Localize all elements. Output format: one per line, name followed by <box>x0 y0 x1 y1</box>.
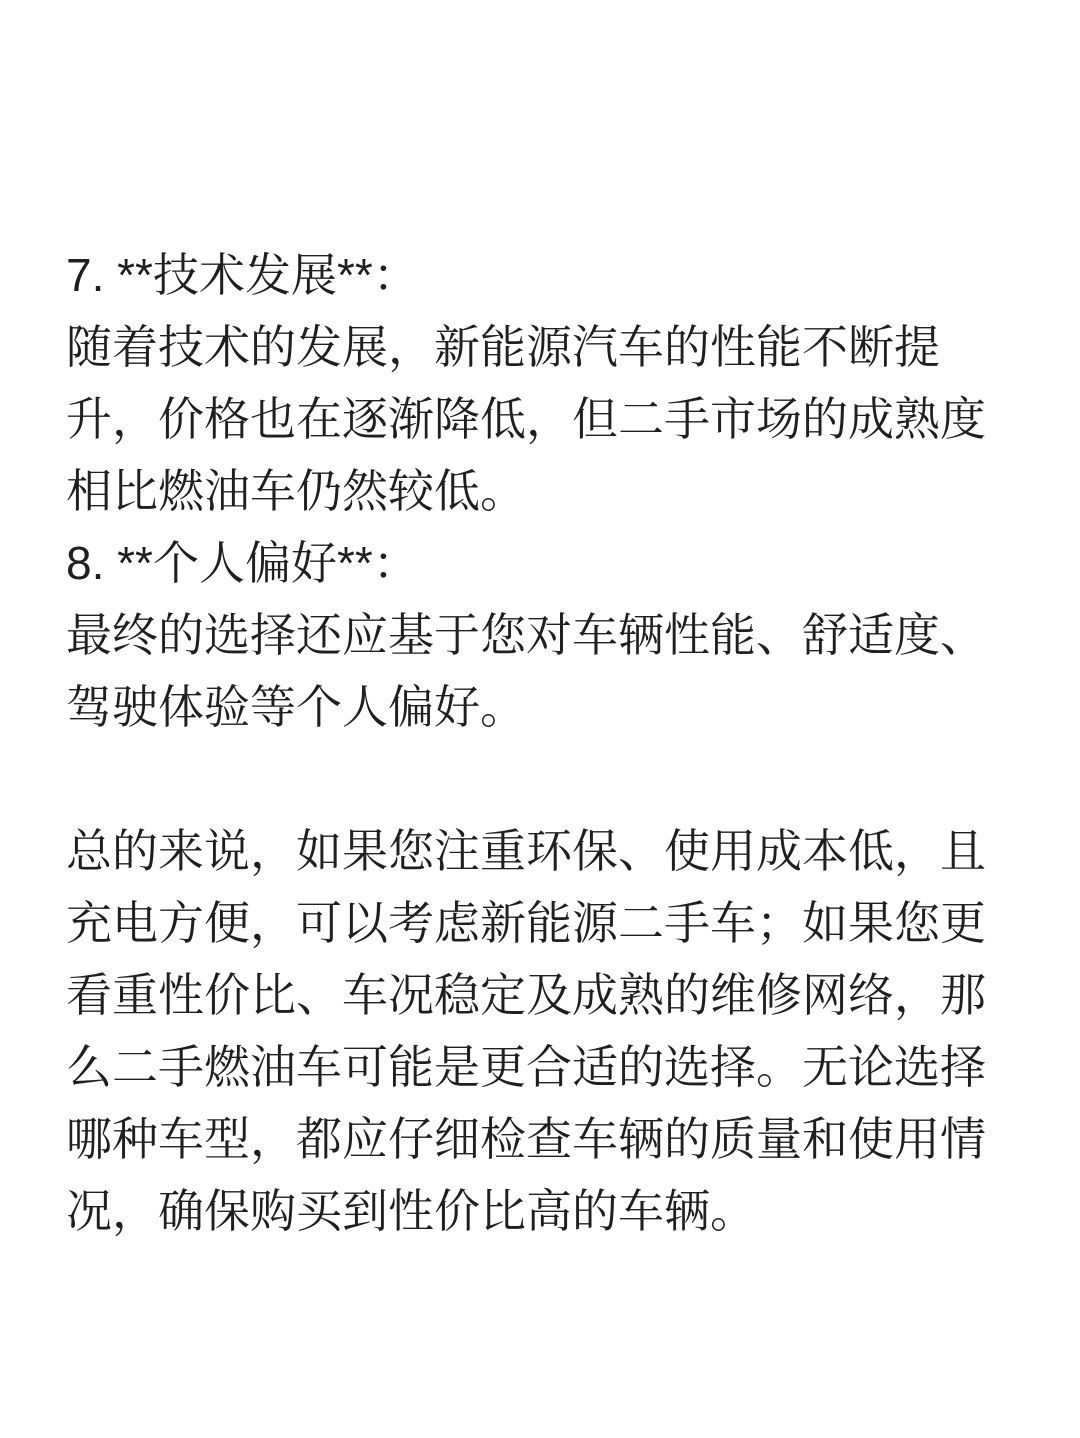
paragraph-point-7: 7. **技术发展**： 随着技术的发展，新能源汽车的性能不断提 升，价格也在逐… <box>66 239 1056 527</box>
text-line: 驾驶体验等个人偏好。 <box>66 671 1056 743</box>
text-line: 哪种车型，都应仔细检查车辆的质量和使用情 <box>66 1103 1056 1175</box>
text-line: 8. **个人偏好**： <box>66 527 1056 599</box>
text-line: 7. **技术发展**： <box>66 239 1056 311</box>
text-line: 么二手燃油车可能是更合适的选择。无论选择 <box>66 1031 1056 1103</box>
text-line: 总的来说，如果您注重环保、使用成本低，且 <box>66 815 1056 887</box>
text-line: 充电方便，可以考虑新能源二手车；如果您更 <box>66 887 1056 959</box>
text-line: 最终的选择还应基于您对车辆性能、舒适度、 <box>66 599 1056 671</box>
document-page: 7. **技术发展**： 随着技术的发展，新能源汽车的性能不断提 升，价格也在逐… <box>0 0 1080 1438</box>
text-line: 况，确保购买到性价比高的车辆。 <box>66 1175 1056 1247</box>
text-line: 看重性价比、车况稳定及成熟的维修网络，那 <box>66 959 1056 1031</box>
message-text: 7. **技术发展**： 随着技术的发展，新能源汽车的性能不断提 升，价格也在逐… <box>66 239 1056 1247</box>
text-line: 随着技术的发展，新能源汽车的性能不断提 <box>66 311 1056 383</box>
paragraph-summary: 总的来说，如果您注重环保、使用成本低，且 充电方便，可以考虑新能源二手车；如果您… <box>66 815 1056 1247</box>
text-line: 相比燃油车仍然较低。 <box>66 455 1056 527</box>
paragraph-point-8: 8. **个人偏好**： 最终的选择还应基于您对车辆性能、舒适度、 驾驶体验等个… <box>66 527 1056 743</box>
text-line: 升，价格也在逐渐降低，但二手市场的成熟度 <box>66 383 1056 455</box>
